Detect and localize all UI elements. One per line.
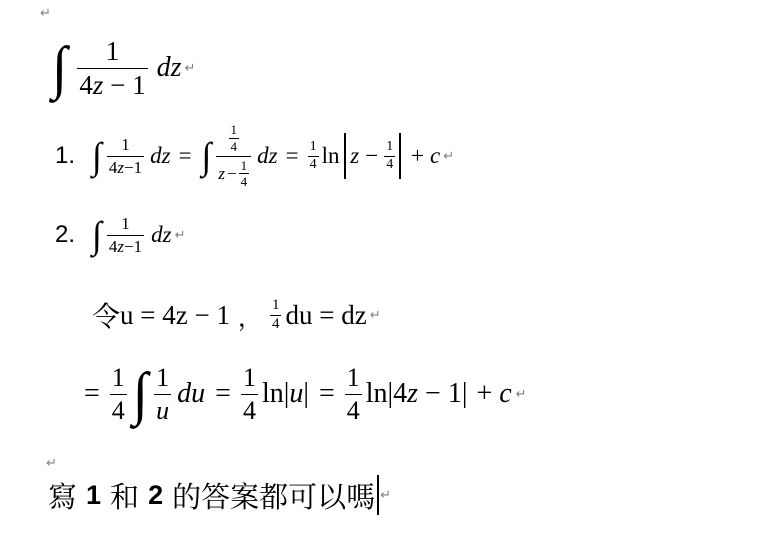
- denominator-variable-u: u: [154, 397, 171, 424]
- equals-sign: =: [319, 378, 335, 410]
- differential-dz: dz: [150, 143, 170, 169]
- numerator: 1: [154, 364, 171, 391]
- step-2-equation[interactable]: 2. ∫ 1 4z−1 dz ↵: [55, 206, 185, 264]
- numerator: 1: [345, 364, 362, 391]
- integral-sign: ∫: [92, 216, 102, 254]
- numerator: 1: [241, 364, 258, 391]
- fraction-bar: [154, 394, 171, 395]
- variable-z: z: [350, 143, 359, 169]
- fraction: 1 4z−1: [107, 215, 144, 256]
- mini-fraction: 1 4: [229, 123, 240, 153]
- numerator: 1: [104, 37, 122, 65]
- paragraph-mark: ↵: [380, 489, 391, 502]
- differential-du: du: [177, 378, 205, 410]
- equals-sign: =: [179, 143, 192, 169]
- substitution-line[interactable]: 令 u = 4z − 1 ， 1 4 du = dz ↵: [92, 288, 381, 342]
- differential-dz: dz: [257, 143, 277, 169]
- fraction: 1 u: [154, 364, 171, 424]
- fraction: 1 4z − 1: [77, 37, 147, 99]
- nested-fraction: 1 4 z− 1 4: [216, 123, 251, 189]
- paragraph-mark: ↵: [443, 150, 454, 163]
- fraction: 1 4z−1: [107, 136, 144, 177]
- numerator: 1: [239, 159, 250, 173]
- absolute-value-bar: |: [303, 378, 309, 410]
- plus-sign: +: [476, 378, 492, 410]
- ideographic-comma: ，: [238, 298, 262, 333]
- one-quarter-fraction: 1 4: [241, 364, 258, 424]
- integral-sign: ∫: [202, 137, 212, 175]
- equals-sign: =: [215, 378, 231, 410]
- fraction-bar: [107, 156, 144, 157]
- equals-sign: =: [84, 378, 100, 410]
- paragraph-mark: ↵: [46, 457, 57, 470]
- fraction-bar: [216, 156, 251, 157]
- constant: − 1: [418, 378, 462, 410]
- minus-sign: −: [365, 143, 378, 169]
- numerator: 1 4: [227, 123, 242, 153]
- cjk-let-character: 令: [92, 295, 120, 335]
- denominator: 4: [229, 140, 240, 154]
- mini-fraction: 1 4: [239, 159, 250, 189]
- question-text: 的答案都可以嗎: [172, 475, 375, 516]
- constant-c: c: [430, 143, 440, 169]
- numerator: 1: [308, 140, 319, 155]
- constant: − 1: [103, 71, 145, 99]
- numerator: 1: [229, 123, 240, 137]
- variable-z: z: [93, 71, 104, 99]
- equals-sign: =: [286, 143, 299, 169]
- ln-function: ln: [322, 143, 340, 169]
- fraction-bar: [107, 235, 144, 236]
- answer-number-1: 1: [86, 480, 101, 511]
- integral-sign: ∫: [92, 137, 102, 175]
- fraction-bar: [241, 394, 258, 395]
- denominator: 4: [384, 158, 395, 173]
- answer-number-2: 2: [148, 480, 163, 511]
- numerator: 1: [384, 140, 395, 155]
- denominator: 4z−1: [107, 159, 144, 177]
- paragraph-mark: ↵: [185, 62, 196, 75]
- absolute-value-bar: [399, 133, 401, 179]
- fraction-bar: [110, 394, 127, 395]
- absolute-value-bar: [344, 133, 346, 179]
- variable-z: z: [407, 378, 418, 410]
- step-1-equation[interactable]: 1. ∫ 1 4z−1 dz = ∫ 1 4 z− 1: [55, 118, 454, 194]
- variable-z: z: [218, 165, 225, 183]
- denominator: 4z−1: [107, 238, 144, 256]
- question-text: 和: [110, 475, 139, 516]
- one-quarter-fraction: 1 4: [345, 364, 362, 424]
- paragraph-mark: ↵: [40, 7, 51, 20]
- constant-c: c: [499, 378, 511, 410]
- plus-sign: +: [411, 143, 424, 169]
- denominator: 4: [239, 175, 250, 189]
- integral-sign: ∫: [133, 365, 148, 424]
- ln-function: ln: [262, 378, 284, 410]
- constant: −1: [124, 159, 142, 177]
- question-line[interactable]: 寫 1 和 2 的答案都可以嗎 ↵: [48, 472, 391, 518]
- numerator: 1: [119, 215, 132, 233]
- denominator: 4: [345, 397, 362, 424]
- differential-dz: dz: [151, 222, 171, 248]
- absolute-value-bar: |: [462, 378, 468, 410]
- list-number-2: 2.: [55, 221, 75, 249]
- denominator: 4: [110, 397, 127, 424]
- variable-z: z: [117, 238, 124, 256]
- text-cursor: [377, 475, 379, 515]
- denominator: 4: [241, 397, 258, 424]
- coefficient: 4: [393, 378, 407, 410]
- one-quarter-fraction: 1 4: [308, 140, 319, 172]
- numerator: 1: [110, 364, 127, 391]
- integral-sign: ∫: [52, 39, 67, 98]
- denominator: 4: [308, 158, 319, 173]
- document-page: ↵ ∫ 1 4z − 1 dz ↵ 1. ∫ 1 4z−1 dz = ∫: [0, 0, 760, 541]
- list-number-1: 1.: [55, 142, 75, 170]
- variable-u: u: [289, 378, 303, 410]
- ln-function: ln: [366, 378, 388, 410]
- one-quarter-fraction: 1 4: [270, 298, 282, 333]
- paragraph-mark: ↵: [516, 388, 527, 401]
- fraction-bar: [77, 68, 147, 69]
- question-text: 寫: [48, 475, 77, 516]
- denominator: z− 1 4: [216, 159, 251, 189]
- substitution-rhs: du = dz: [285, 300, 366, 331]
- paragraph-mark: ↵: [175, 229, 186, 242]
- substitution-lhs: u = 4z − 1: [120, 300, 230, 331]
- differential-dz: dz: [157, 52, 182, 84]
- denominator: 4: [270, 317, 282, 333]
- coefficient: 4: [79, 71, 93, 99]
- evaluation-line[interactable]: = 1 4 ∫ 1 u du = 1 4 ln |u| = 1 4 ln |4z…: [84, 352, 527, 436]
- numerator: 1: [119, 136, 132, 154]
- constant: −1: [124, 238, 142, 256]
- denominator: 4z − 1: [77, 71, 147, 99]
- paragraph-mark: ↵: [370, 309, 381, 322]
- variable-z: z: [117, 159, 124, 177]
- one-quarter-fraction: 1 4: [384, 140, 395, 172]
- one-quarter-fraction: 1 4: [110, 364, 127, 424]
- display-equation[interactable]: ∫ 1 4z − 1 dz ↵: [52, 32, 195, 104]
- minus-sign: −: [227, 165, 237, 183]
- numerator: 1: [270, 298, 282, 314]
- fraction-bar: [345, 394, 362, 395]
